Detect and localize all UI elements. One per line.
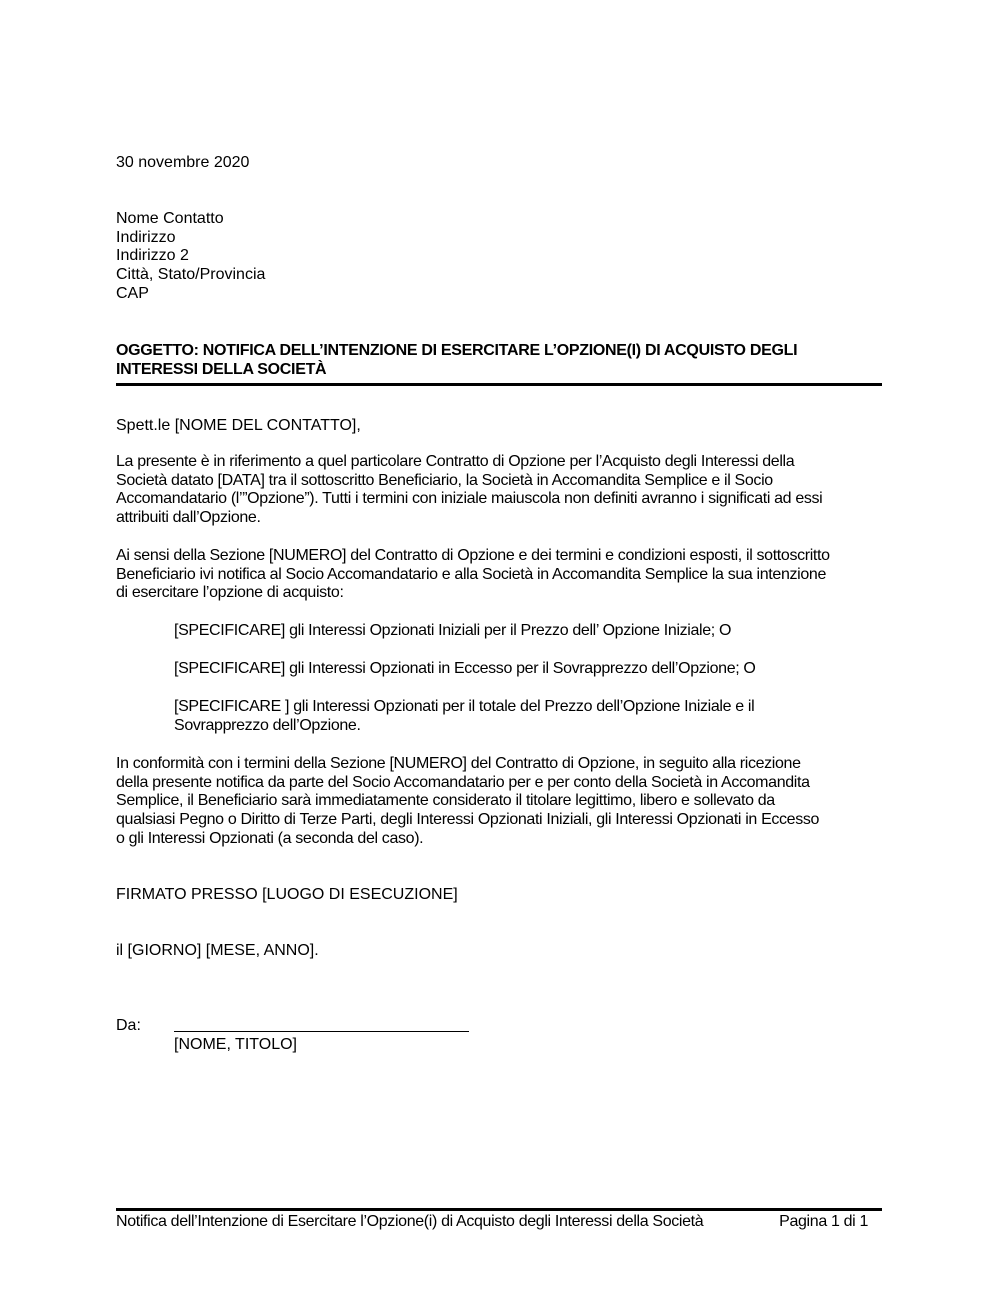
text-line: qualsiasi Pegno o Diritto di Terze Parti… bbox=[116, 811, 886, 830]
recipient-address: Nome Contatto Indirizzo Indirizzo 2 Citt… bbox=[116, 210, 265, 304]
subject-line: OGGETTO: NOTIFICA DELL’INTENZIONE DI ESE… bbox=[116, 342, 797, 361]
signed-at: FIRMATO PRESSO [LUOGO DI ESECUZIONE] bbox=[116, 886, 458, 905]
paragraph-reference: La presente è in riferimento a quel part… bbox=[116, 453, 886, 528]
address-line: Indirizzo 2 bbox=[116, 247, 265, 266]
paragraph-notice: Ai sensi della Sezione [NUMERO] del Cont… bbox=[116, 547, 886, 603]
text-line: In conformità con i termini della Sezion… bbox=[116, 755, 886, 774]
address-line: Città, Stato/Provincia bbox=[116, 266, 265, 285]
footer-title: Notifica dell’Intenzione di Esercitare l… bbox=[116, 1213, 703, 1231]
text-line: Semplice, il Beneficiario sarà immediata… bbox=[116, 792, 886, 811]
signature-label: Da: bbox=[116, 1017, 141, 1036]
subject-divider bbox=[116, 383, 882, 386]
text-line: [SPECIFICARE] gli Interessi Opzionati in… bbox=[174, 660, 756, 679]
text-line: Beneficiario ivi notifica al Socio Accom… bbox=[116, 566, 886, 585]
subject-line: INTERESSI DELLA SOCIETÀ bbox=[116, 361, 797, 380]
salutation: Spett.le [NOME DEL CONTATTO], bbox=[116, 417, 361, 436]
signature-line bbox=[174, 1031, 469, 1032]
footer-divider bbox=[116, 1208, 882, 1211]
address-line: Indirizzo bbox=[116, 229, 265, 248]
subject-heading: OGGETTO: NOTIFICA DELL’INTENZIONE DI ESE… bbox=[116, 342, 797, 379]
signed-date: il [GIORNO] [MESE, ANNO]. bbox=[116, 942, 319, 961]
text-line: Società datato [DATA] tra il sottoscritt… bbox=[116, 472, 886, 491]
text-line: Accomandatario (l’”Opzione”). Tutti i te… bbox=[116, 490, 886, 509]
text-line: La presente è in riferimento a quel part… bbox=[116, 453, 886, 472]
option-item: [SPECIFICARE ] gli Interessi Opzionati p… bbox=[174, 698, 754, 735]
address-line: CAP bbox=[116, 285, 265, 304]
letter-date: 30 novembre 2020 bbox=[116, 154, 249, 173]
page-number: Pagina 1 di 1 bbox=[779, 1213, 868, 1231]
text-line: [SPECIFICARE ] gli Interessi Opzionati p… bbox=[174, 698, 754, 717]
paragraph-conformity: In conformità con i termini della Sezion… bbox=[116, 755, 886, 849]
text-line: Sovrapprezzo dell’Opzione. bbox=[174, 717, 754, 736]
text-line: attribuiti dall’Opzione. bbox=[116, 509, 886, 528]
text-line: [SPECIFICARE] gli Interessi Opzionati In… bbox=[174, 622, 731, 641]
text-line: Ai sensi della Sezione [NUMERO] del Cont… bbox=[116, 547, 886, 566]
text-line: o gli Interessi Opzionati (a seconda del… bbox=[116, 830, 886, 849]
signature-name-title: [NOME, TITOLO] bbox=[174, 1036, 297, 1055]
option-item: [SPECIFICARE] gli Interessi Opzionati in… bbox=[174, 660, 756, 679]
option-item: [SPECIFICARE] gli Interessi Opzionati In… bbox=[174, 622, 731, 641]
text-line: della presente notifica da parte del Soc… bbox=[116, 774, 886, 793]
address-line: Nome Contatto bbox=[116, 210, 265, 229]
text-line: di esercitare l’opzione di acquisto: bbox=[116, 584, 886, 603]
page-footer: Notifica dell’Intenzione di Esercitare l… bbox=[116, 1213, 882, 1231]
